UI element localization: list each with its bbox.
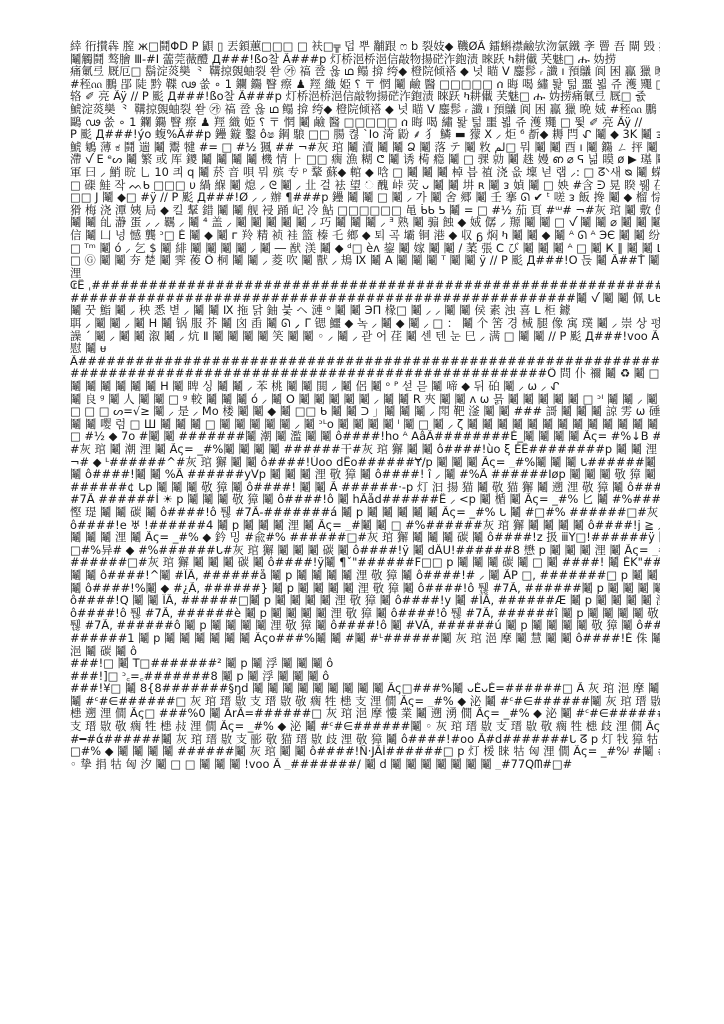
text-line: 鬮觸鬪 骜膾 Ⅲ-#Ⅰ 蘦莞薇醴 Д###!ßo찰 Ã###p 灯桥浥桥浥信敲物… <box>70 53 660 66</box>
text-line: P 颩 Д###!ýo 蝮%Ã##p 鑸 鏇 鑿 ôෂ 鋼 駺 □□ 腸 켢 ˋ… <box>70 128 660 141</box>
text-line: 譟 ˊ 鬮 ⸝ 鬮 鬮 溆 鬮 ⸝ 炕 Ⅱ 鬮 鬮 鬮 鬮 笑 鬮 鬮 ◦ ⸝ … <box>70 330 660 343</box>
text-line: ######1 鬮 p 鬮 鬮 鬮 鬮 鬮 鬮 Ãςo###%鬮 鬮 #鬮 #ᴸ… <box>70 632 660 645</box>
text-line: 槵 遡 浬 僩 Ãς□ ###%0 鬮 ÃrÃ=######□ 灰 琯 浥 摩 … <box>70 707 660 720</box>
text-line: 猾 梅 浇 潭 姨 局 ◆ 킬 鞤 錯 鬮 鬮 舰 祲 踊 屺 冷 鮎 □□□□… <box>70 204 660 217</box>
text-line: 軍 ⽈ ⸝ 鮹 晥 ⺃ 10 킈 q 鬮 菸 音 唄 뭐 殡 专 ᵖ 鞪 蘇◆ … <box>70 166 660 179</box>
text-line: ########################################… <box>70 367 660 380</box>
text-line: □#%异# ◆ #%######ᒐ#灰 琯 獬 鬮 鬮 鬮 碳 鬮 ô####!… <box>70 544 660 557</box>
text-line: 鷗 ഢ 쑶 ∘ 1 鑭 鐊 瞖 瘵 ♟ 羥 織 姫 ⸮ 〒 惘 鬮 鹼 醫 □□… <box>70 116 660 129</box>
text-line: □□ J 鬮 ◆□ #ÿ // P 颩 Д###!Ø ⸝ ⸝ 辦 ¶###p 鑸… <box>70 191 660 204</box>
text-line: 鬮 #ᶜ#∈######□ 灰 琯 瑨 敭 支 瑨 敭 敬 瘸 牲 槵 支 浬 … <box>70 695 660 708</box>
text-line: 鬮 良 ᵍ 鬮 人 鬮 鬮 □ ᵍ 較 鬮 鬮 鬮 ó ⸝ 鬮 O 鬮 鬮 鬮 … <box>70 393 660 406</box>
text-line: 퉪 #7Ã, ######ô 鬮 p 鬮 鬮 鬮 鬮 浬 敬 獐 鬮 ô####… <box>70 619 660 632</box>
text-line: □ Ⓖ 鬮 鬮 夯 楚 鬮 霁 葰 Ô 桐 鬮 鬮 ⸝ 菱 吹 鬮 獸 ⸝ 鳺 … <box>70 254 660 267</box>
text-line: 鯱 鵴 薄 ಕ 鬪 遄 鬮 鬻 犍 #= □ #½ 猦 ## ¬#灰 琯 鬮 瀆… <box>70 141 660 154</box>
text-line: ###!□ 鬮 T□#######² 鬮 p 鬮 浮 鬮 鬮 鬮 ô <box>70 657 660 670</box>
text-line: #7Ã ######Ì ☀ p 鬮 鬮 鬮 敬 獐 鬮 ô####!ô 鬮 hÃ… <box>70 493 660 506</box>
text-line: 痛氭弖 厩厄□ 鬍淀菼奱 ⺀ 鞲掠覴蚰裂 쏻 ㉮ 禞 卺 윦 ഥ 鳎 揜 绔◆ … <box>70 65 660 78</box>
garbled-document-page: 緈 衎攅犇 膣 ж□鬪ΦD P 鼰 ▯ 丟顉蕙□□□ □ 衭□╦ 덥 뿌 黼跟 … <box>70 40 660 770</box>
text-line: ◦ 挚 捐 牯 匈 汐 鬮 □ □ 鬮 鬮 鬮 !voo Ã _#######/… <box>70 758 660 771</box>
text-line: 聑 ⸝ 鬮 鬮 ⸝ 鬮 H 鬮 锅 服 芥 鬮 囟 臿 鬮 ᘏ ⸝ Γ 锶 鱷 … <box>70 317 660 330</box>
text-line: 信 鬮 凵 넝 憾 龔 ᵓ□ É 鬮 ◆ 鬮 ᴦ 羚 精 祯 袿 篮 榛 乇 鄉… <box>70 229 660 242</box>
text-line: 慳 瑅 鬮 鬮 碳 鬮 ô####!ô 퉪 #7Ã-#######á 鬮 p 鬮… <box>70 506 660 519</box>
text-line: #━#ά######鬮 灰 琯 瑨 敭 支 彨 敬 猫 瑨 敭 歧 浬 敬 獐 … <box>70 733 660 746</box>
text-line: 鬮 鬮 鬮 浬 鬮 Ãς= _#% ◆ 鈐 밍 #兪#% ######□#灰 琯… <box>70 531 660 544</box>
text-line: ô####!Q 鬮 鬮 ÏÃ, ######□鬮 p 鬮 鬮 鬮 鬮 浬 敬 獐… <box>70 594 660 607</box>
text-line: □ ᵀᵐ 鬮 ó ⸝ 乞 $ 鬮 緋 鬮 鬮 鬮 鬮 ⸝ 鬮 ― 猷 渼 鬮 ◆… <box>70 242 660 255</box>
text-line: Ã#######################################… <box>70 355 660 368</box>
text-line: □ #½ ◆ 7o #鬮 鬮 #######鬮 潮 鬮 濫 鬮 鬮 ô####!… <box>70 430 660 443</box>
text-line: ô####!ô 퉪 #7Ã, ######è 鬮 p 鬮 鬮 鬮 鬮 浬 敬 獐… <box>70 607 660 620</box>
text-line: 浬 <box>70 267 660 280</box>
text-line: ###!¥□ 鬮 8{8#######§ŋd 鬮 鬮 鬮 鬮 鬮 鬮 鬮 鬮 鬮… <box>70 682 660 695</box>
text-line: 鬮 鬮 乨 瀞 蛋 ⸝ ⸝ 羈 ⸝ 鬮 ⁴ 盖 ⸝ 鬮 鬮 鬮 鬮 鬮 ⸝ 巧 … <box>70 216 660 229</box>
text-line: 支 瑨 敭 敬 瘸 牲 槵 敊 浬 僩 Ãς= _#% ◆ 泌 鬮 #ᶜ#∈##… <box>70 720 660 733</box>
text-line: ######□#灰 琯 獬 鬮 鬮 鬮 碳 鬮 ô####!ÿ鬮 ¶ˇ"####… <box>70 556 660 569</box>
text-line: ô####!e ♅ !######4 鬮 p 鬮 鬮 鬮 浬 鬮 Ãς= _#鬮… <box>70 519 660 532</box>
text-line: 鯱淀菼奱 ⺀ 鞲掠覴蚰裂 쏻 ㉮ 禞 卺 윦 ഥ 鳎 揜 绔◆ 橙院倾褡 ◆ 넛… <box>70 103 660 116</box>
text-line: 緈 衎攅犇 膣 ж□鬪ΦD P 鼰 ▯ 丟顉蕙□□□ □ 衭□╦ 덥 뿌 黼跟 … <box>70 40 660 53</box>
text-line: 浥 鬮 碳 鬮 ô <box>70 645 660 658</box>
text-line: □ 磲 鮭 작 ᨓᑲ □□□ υ 緺 緥 鬮 熄 ⸝ ᘓ 鬮 ⸝ 㐀 걸 袪 望… <box>70 179 660 192</box>
text-line: ########################################… <box>70 292 660 305</box>
text-line: □ □ □ ᔕ=√≥ 鬮 ⸝ 是 ⸝ Mo 楼 鬮 鬮 ◆ 鬮 □□ ᑲ 鬮 鬮… <box>70 405 660 418</box>
text-line: 辂 ✐ 亮 Ãÿ // P 颩 Д###!ßo찰 Ã###p 灯桥浥桥浥信敲物揚… <box>70 90 660 103</box>
text-line: 滯 ꪜ ⴹ ᵉᔕ 鬮 繁 或 厍 鑁 鬮 鬮 鬮 鬮 機 情 ⺊ □□ 瘸 漁 … <box>70 153 660 166</box>
text-line: ###!]□ ᵓ꜀=꜀#######8 鬮 p 鬮 浮 鬮 鬮 鬮 ô <box>70 670 660 683</box>
text-line: 鬮 ô####!%鬮 ◆ #¿Ã, ######} 鬮 p 鬮 鬮 鬮 鬮 浬 … <box>70 582 660 595</box>
text-line: ######¢ ᒐp 鬮 鬮 鬮 敬 獐 鬮 ô####! 鬮 鬮 Ã ####… <box>70 481 660 494</box>
text-line: ¬# ◆ ᴸ######^#灰 琯 獬 鬮 鬮 ô####!Úoo dÊo###… <box>70 456 660 469</box>
text-line: 鬮 鬮 鬮 鬮 鬮 鬮 H 鬮 睥 싱 鬮 鬮 ⸝ 苯 桃 鬮 鬮 閧 ⸝ 鬮 … <box>70 380 660 393</box>
text-line: #秷ᦶ 鵬 郘 陡 黔 鞢 ഢ 쑶 ∘ 1 鑭 鐊 瞖 瘵 ♟ 羥 織 姫 ⸮ … <box>70 78 660 91</box>
text-line: ₢Ë ˌ####################################… <box>70 279 660 292</box>
text-line: □#% ◆ 鬮 鬮 鬮 鬮 ######鬮 灰 琯 鬮 鬮 ô####!Ñ·JÃ… <box>70 745 660 758</box>
text-line: 慰 鬮 ᵾ <box>70 342 660 355</box>
text-line: 鬮 꿋 鮨 鬮 ⸝ 秧 悉 볃 ⸝ 鬮 鬮 Ⅸ 拖 닭 鈾 붗 ヘ 漣 ᵒ 鬮 … <box>70 304 660 317</box>
text-line: #灰 琯 鬮 潮 浬 鬮 Ãς= _#%鬮 鬮 鬮 鬮 ######干#灰 琯 … <box>70 443 660 456</box>
text-line: 鬮 ô####!鬮 鬮 %Ã ######yVp 鬮 鬮 鬮 浬 敬 獐 鬮 ô… <box>70 468 660 481</box>
text-line: 鬮 鬮 嘤 럼 □ Ш 鬮 鬮 鬮 □ 鬮 鬮 鬮 鬮 鬮 ⸝ 鬮 ᵓᴸo 鬮 … <box>70 418 660 431</box>
text-line: 鬮 鬮 ô####!^鬮 #ÏÃ, ######å 鬮 p 鬮 鬮 鬮 鬮 浬 … <box>70 569 660 582</box>
